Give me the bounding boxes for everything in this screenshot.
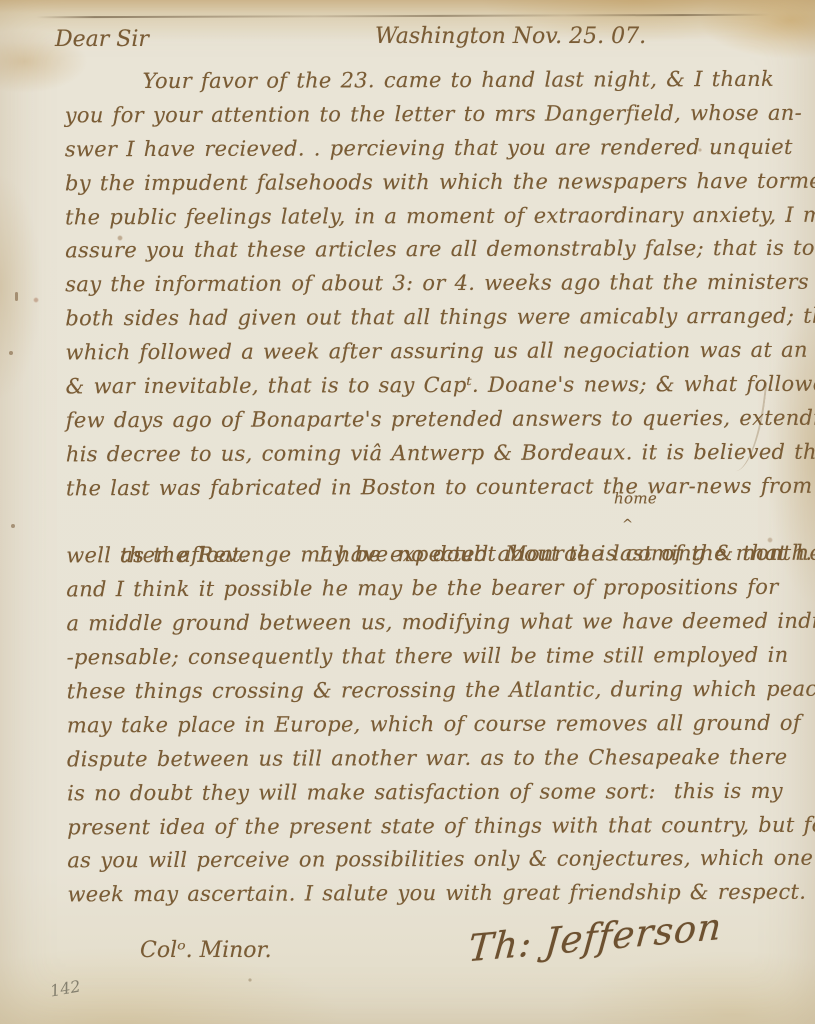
letter-page: Dear Sir Washington Nov. 25. 07. Your fa… — [0, 0, 815, 1024]
letter-line: Your favor of the 23. came to hand last … — [65, 63, 815, 100]
letter-line: the last was fabricated in Boston to cou… — [66, 469, 815, 506]
letter-line: swer I have recieved. . percieving that … — [65, 130, 815, 167]
closing-addressee: Colᵒ. Minor. — [140, 938, 272, 963]
letter-line: say the information of about 3: or 4. we… — [65, 266, 815, 303]
letter-line: may take place in Europe, which of cours… — [67, 707, 815, 744]
letter-line: by the impudent falsehoods with which th… — [65, 164, 815, 201]
paper-crease — [36, 14, 770, 19]
letter-line: well as the Revenge may be expected abou… — [66, 537, 815, 574]
letter-line: assure you that these articles are all d… — [65, 232, 815, 269]
letter-line: & war inevitable, that is to say Capᵗ. D… — [66, 368, 815, 405]
letter-line: few days ago of Bonaparte's pretended an… — [66, 402, 815, 439]
margin-ink-mark — [9, 351, 13, 355]
margin-ink-mark — [15, 292, 18, 301]
letter-line: these things crossing & recrossing the A… — [67, 673, 815, 710]
signature: Th: Jefferson — [467, 905, 724, 971]
letter-body: Your favor of the 23. came to hand last … — [65, 63, 815, 913]
letter-line: the public feelings lately, in a moment … — [65, 198, 815, 235]
letter-line: which followed a week after assuring us … — [65, 334, 815, 371]
page-number: 142 — [49, 976, 82, 1000]
salutation: Dear Sir — [55, 27, 149, 52]
letter-line: and I think it possible he may be the be… — [66, 571, 815, 608]
letter-line: his decree to us, coming viâ Antwerp & B… — [66, 435, 815, 472]
letter-line: present idea of the present state of thi… — [67, 808, 815, 845]
letter-line: is no doubt they will make satisfaction … — [67, 774, 815, 811]
inserted-word: home — [614, 491, 657, 506]
margin-ink-mark — [11, 524, 15, 528]
letter-line: -pensable; consequently that there will … — [67, 639, 815, 676]
letter-line: dispute between us till another war. as … — [67, 740, 815, 777]
letter-line: then afloat. I have no doubt Monroe is c… — [66, 503, 815, 540]
letter-line: you for your attention to the letter to … — [65, 97, 815, 134]
letter-line: as you will perceive on possibilities on… — [67, 842, 815, 879]
dateline: Washington Nov. 25. 07. — [375, 24, 646, 49]
letter-line: both sides had given out that all things… — [65, 300, 815, 337]
insertion-caret: ^ — [622, 518, 633, 531]
letter-line: a middle ground between us, modifying wh… — [66, 605, 815, 642]
